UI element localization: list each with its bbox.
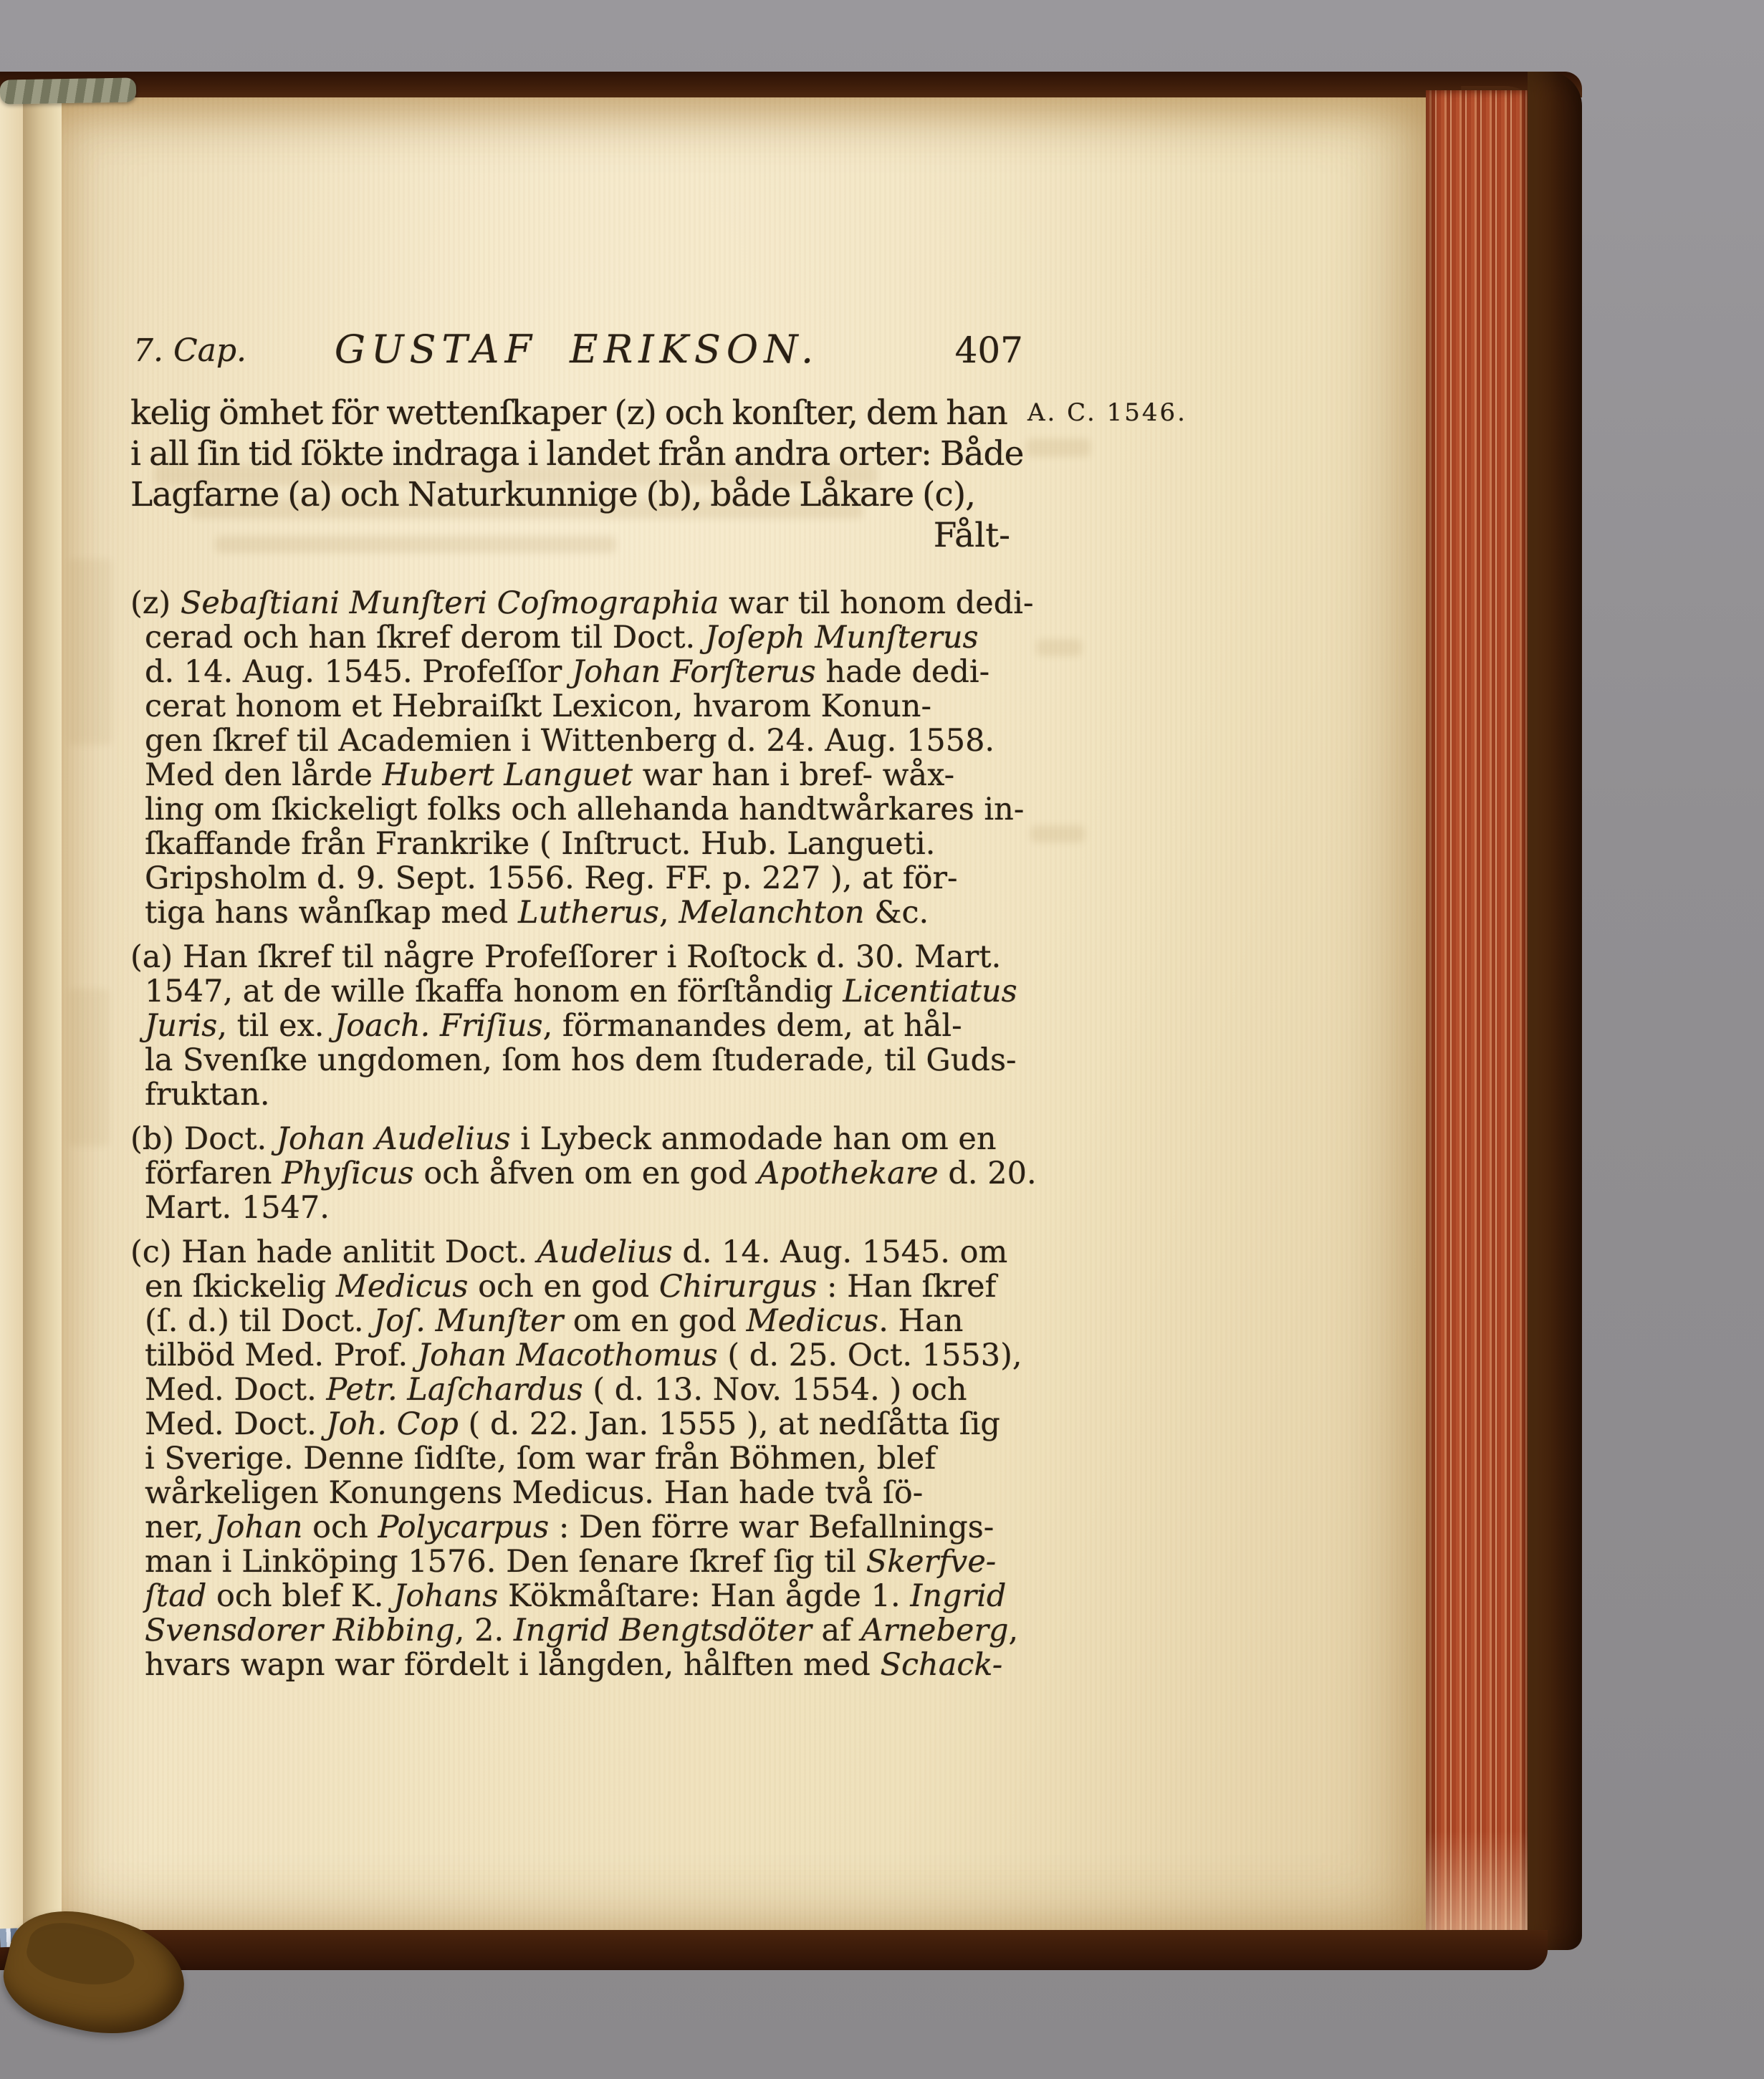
catchword: Fålt- [130,515,1023,556]
book-fore-edge-pages [1426,90,1528,1939]
bleed-through-mark [1030,825,1085,842]
page-number: 407 [955,330,1023,371]
text-line: (b) Doct. Johan Audelius i Lybeck anmoda… [145,1122,1023,1156]
text-line: 1547, at de wille ſkaffa honom en förſtå… [145,974,1023,1009]
text-line: ling om ſkickeligt folks och allehanda h… [145,792,1023,827]
text-line: d. 14. Aug. 1545. Profeſſor Johan Forſte… [145,655,1023,689]
text-line: cerat honom et Hebraiſkt Lexicon, hvarom… [145,689,1023,724]
footnote-b: (b) Doct. Johan Audelius i Lybeck anmoda… [130,1122,1023,1225]
text-line: i all ſin tid ſökte indraga i landet frå… [130,433,1023,474]
text-line: förfaren Phyſicus och åfven om en god Ap… [145,1156,1023,1191]
text-line: Gripsholm d. 9. Sept. 1556. Reg. FF. p. … [145,861,1023,896]
bleed-through-mark [69,989,109,1146]
footnote-c: (c) Han hade anlitit Doct. Audelius d. 1… [130,1235,1023,1682]
text-line: ner, Johan och Polycarpus : Den förre wa… [145,1510,1023,1545]
text-line: ſtad och blef K. Johans Kökmåſtare: Han … [145,1579,1023,1613]
bleed-through-mark [1026,438,1090,457]
text-line: (c) Han hade anlitit Doct. Audelius d. 1… [145,1235,1023,1269]
text-line: Med. Doct. Petr. Laſchardus ( d. 13. Nov… [145,1373,1023,1407]
book-bottom-edge [0,1930,1548,1970]
bleed-through-mark [69,559,112,745]
footnote-z: (z) Sebaſtiani Munſteri Coſmographia war… [130,586,1023,930]
text-line: (a) Han ſkref til någre Profeſſorer i Ro… [145,940,1023,974]
text-line: Mart. 1547. [145,1191,1023,1225]
gutter-shadow [23,97,62,1930]
previous-page-sliver [0,93,23,1934]
page-title: GUSTAF ERIKSON. [130,327,1023,372]
text-line: cerad och han ſkref derom til Doct. Joſe… [145,620,1023,655]
bleed-through-mark [1036,639,1082,656]
text-line: wårkeligen Konungens Medicus. Han hade t… [145,1476,1023,1510]
text-line: Svensdorer Ribbing, 2. Ingrid Bengtsdöte… [145,1613,1023,1648]
footnotes: (z) Sebaſtiani Munſteri Coſmographia war… [130,586,1023,1682]
book-top-edge [0,72,1582,97]
text-line: (z) Sebaſtiani Munſteri Coſmographia war… [145,586,1023,620]
text-line: ſkaffande från Frankrike ( Inſtruct. Hub… [145,827,1023,861]
text-line: man i Linköping 1576. Den ſenare ſkref ſ… [145,1545,1023,1579]
text-line: hvars wapn war fördelt i långden, hålfte… [145,1648,1023,1682]
text-line: Med den lårde Hubert Languet war han i b… [145,758,1023,792]
text-line: i Sverige. Denne ſidſte, ſom war från Bö… [145,1441,1023,1476]
text-line: gen ſkref til Academien i Wittenberg d. … [145,724,1023,758]
text-line: kelig ömhet för wettenſkaper (z) och kon… [130,393,1023,433]
text-line: Med. Doct. Joh. Cop ( d. 22. Jan. 1555 )… [145,1407,1023,1441]
page-header: 7. Cap. GUSTAF ERIKSON. 407 [130,327,1023,377]
book: 7. Cap. GUSTAF ERIKSON. 407 A. C. 1546. … [0,72,1582,1970]
body-paragraph: kelig ömhet för wettenſkaper (z) och kon… [130,393,1023,515]
text-line: tilböd Med. Prof. Johan Macothomus ( d. … [145,1338,1023,1373]
text-line: (ſ. d.) til Doct. Joſ. Munſter om en god… [145,1304,1023,1338]
text-line: Lagfarne (a) och Naturkunnige (b), både … [130,474,1023,515]
text-line: en ſkickelig Medicus och en god Chirurgu… [145,1269,1023,1304]
text-line: Juris, til ex. Joach. Friſius, förmanand… [145,1009,1023,1043]
text-line: la Svenſke ungdomen, ſom hos dem ſtudera… [145,1043,1023,1077]
headband [0,77,136,104]
margin-note: A. C. 1546. [1027,398,1187,427]
scanned-book-photo: { "page": { "header": { "chapter": "7. C… [0,0,1764,2079]
book-cover-right-edge [1528,72,1582,1950]
text-line: fruktan. [145,1077,1023,1112]
page-text: 7. Cap. GUSTAF ERIKSON. 407 A. C. 1546. … [130,327,1023,1682]
footnote-a: (a) Han ſkref til någre Profeſſorer i Ro… [130,940,1023,1112]
text-line: tiga hans wånſkap med Lutherus, Melancht… [145,896,1023,930]
